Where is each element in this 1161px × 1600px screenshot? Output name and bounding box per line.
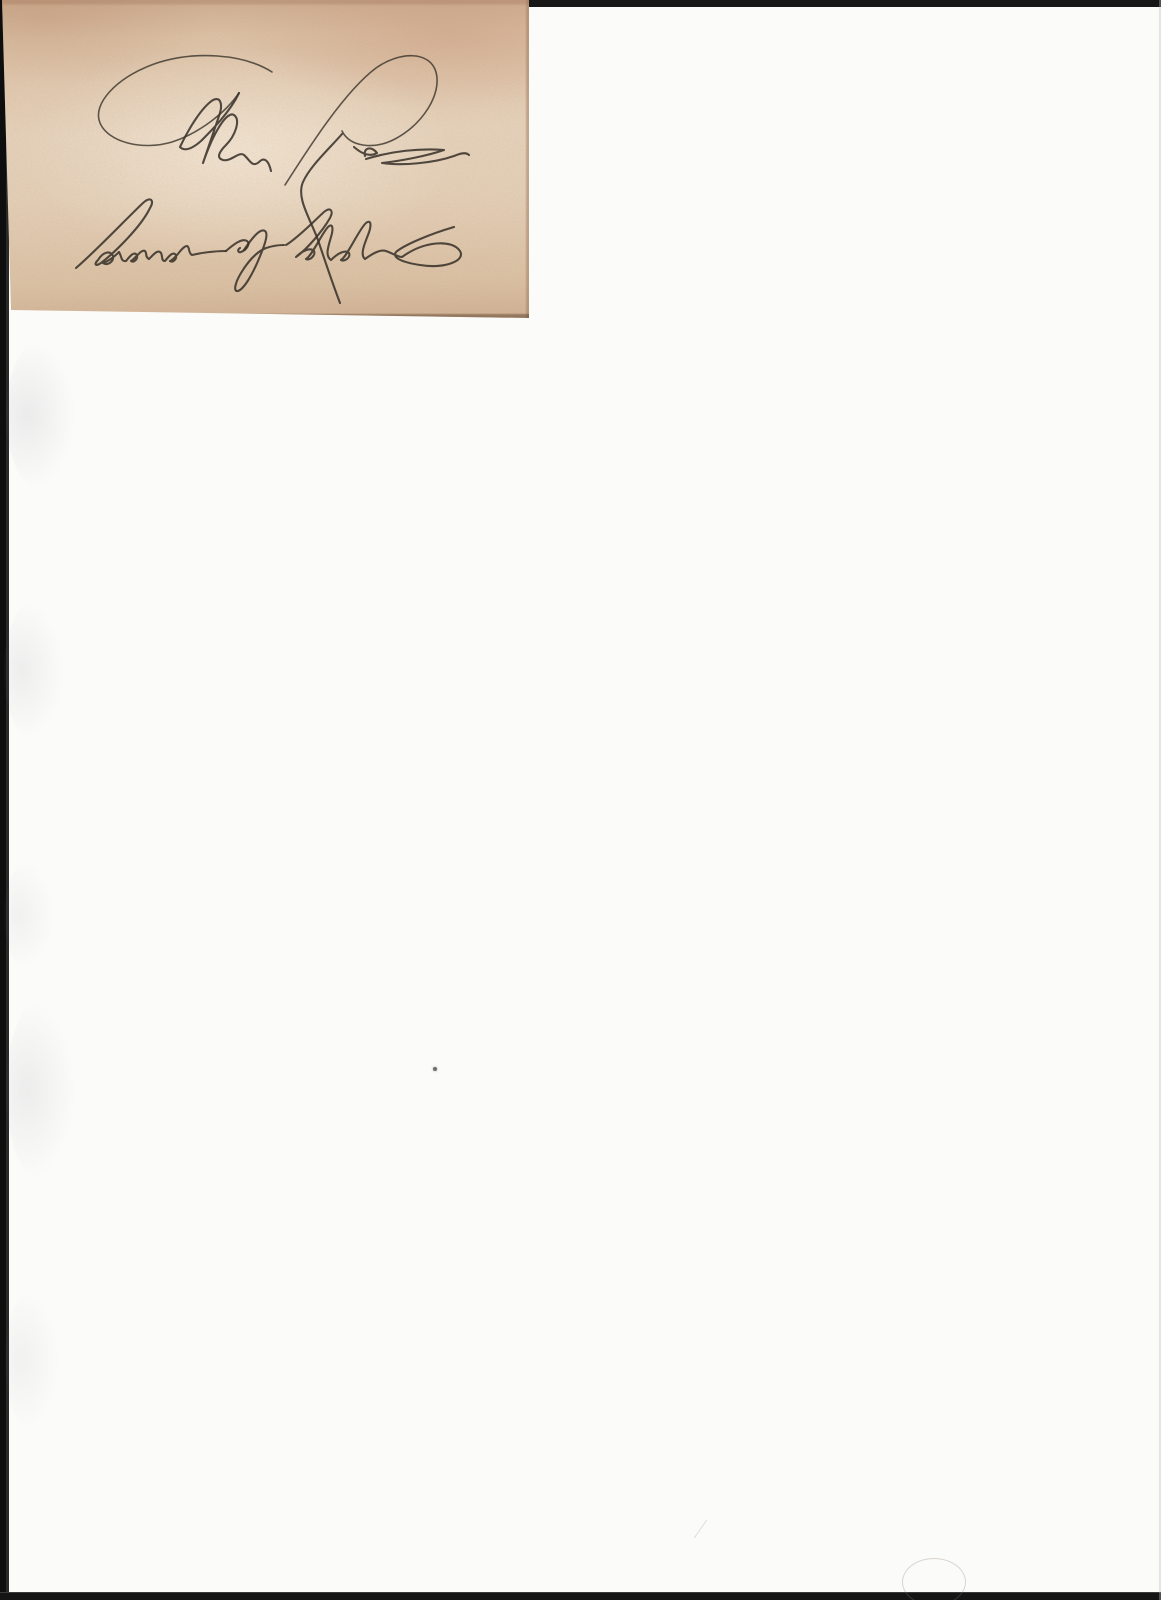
scan-smudge: [6, 1000, 76, 1180]
scan-border-left: [0, 0, 9, 1600]
scratch-mark: [694, 1520, 707, 1539]
signature-title: [76, 199, 461, 291]
impression-ring: [902, 1558, 966, 1600]
scan-smudge: [4, 600, 64, 740]
dust-speck: [433, 1067, 437, 1071]
scan-border-top: [521, 0, 1161, 7]
autograph-card: [2, 0, 529, 318]
scan-page: [0, 0, 1161, 1600]
scan-border-bottom: [0, 1592, 1161, 1600]
scan-smudge: [5, 1290, 60, 1430]
scan-smudge: [6, 340, 76, 490]
signature-svg: [2, 0, 529, 318]
signature-name: [98, 56, 469, 303]
scan-smudge: [4, 860, 54, 970]
